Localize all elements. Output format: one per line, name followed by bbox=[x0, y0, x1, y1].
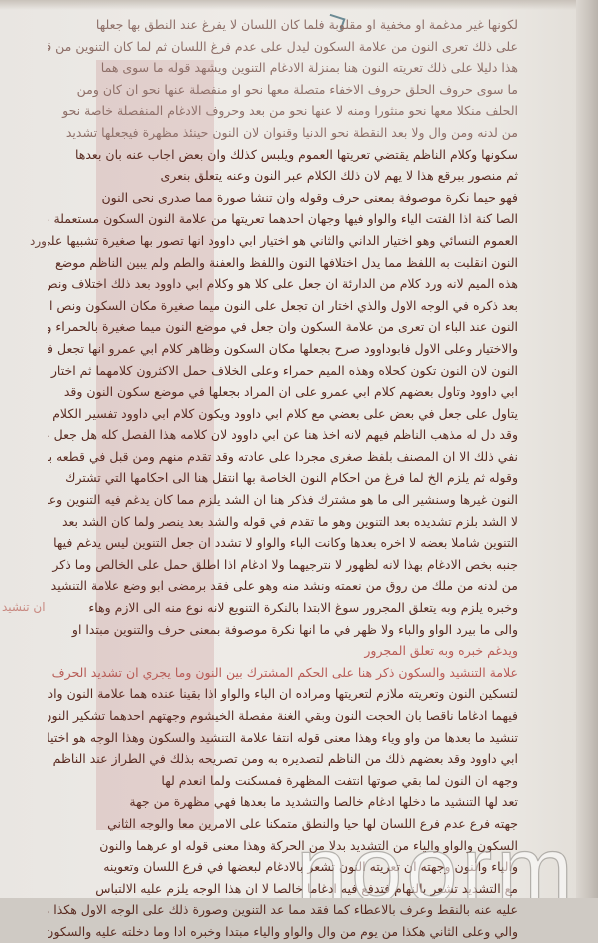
manuscript-line: النون انقلبت به اللفظ مما يدل اختلافها ا… bbox=[48, 252, 518, 274]
manuscript-line: فيهما ادغاما ناقصا بان الحجت النون وبقي … bbox=[48, 705, 518, 727]
manuscript-line: العموم النسائي وهو اختيار الداني والثاني… bbox=[48, 230, 518, 252]
manuscript-line: هذه الميم لانه ورد كلام من الدارئة ان جع… bbox=[48, 273, 518, 295]
manuscript-line: هذا دليلا على ذلك تعريته النون هنا بمنزل… bbox=[48, 57, 518, 79]
manuscript-line: وقد دل له مذهب الناظم فيهم لانه اخذ هنا … bbox=[48, 424, 518, 446]
manuscript-line: يتاول على جعل في بعض على بعضي مع كلام اب… bbox=[48, 403, 518, 425]
top-shadow bbox=[0, 0, 598, 10]
manuscript-line: ويدغم خبره وبه تعلق المجرور bbox=[48, 640, 518, 662]
manuscript-page: لكونها غير مدغمة او مخفية او مقلوبة فلما… bbox=[0, 0, 584, 898]
manuscript-line: الصا كنة اذا الفتت الياء والواو فيها وجه… bbox=[48, 208, 518, 230]
manuscript-line: من لدنه ومن وال ولا بعد النقطة نحو الدني… bbox=[48, 122, 518, 144]
watermark: noorm bbox=[296, 842, 596, 898]
manuscript-line: ثم منصور ببرقع هذا لا يهم لان ذلك الكلام… bbox=[48, 165, 518, 187]
manuscript-line: سكونها وكلام الناظم يقتضي تعريتها العموم… bbox=[48, 144, 518, 166]
manuscript-line: من لدنه من ملك من روق من نعمته ونشد منه … bbox=[48, 575, 518, 597]
manuscript-line: وخبره يلزم وبه يتعلق المجرور سوغ الابتدا… bbox=[48, 597, 518, 619]
manuscript-line: النون لان النون تكون كحلاه وهذه الميم حم… bbox=[48, 360, 518, 382]
manuscript-line: لا الشد بلزم تشديده بعد التنوين وهو ما ت… bbox=[48, 511, 518, 533]
manuscript-line: فهو حيما نكرة موصوفة بمعنى حرف وقوله وان… bbox=[48, 187, 518, 209]
manuscript-line: وقوله ثم يلزم الخ لما فرغ من احكام النون… bbox=[48, 467, 518, 489]
manuscript-line: لكونها غير مدغمة او مخفية او مقلوبة فلما… bbox=[48, 14, 518, 36]
manuscript-line: بعد ذكره في الوجه الاول والذي اختار ان ت… bbox=[48, 295, 518, 317]
margin-note-ward: ورد bbox=[30, 234, 47, 248]
manuscript-line: وجهه ان النون لما بقي صوتها انتفت المظهر… bbox=[48, 770, 518, 792]
margin-note-red: ان تنشيد bbox=[2, 600, 46, 614]
manuscript-line: ما سوى حروف الحلق حروف الاخفاء متصلة معه… bbox=[48, 79, 518, 101]
manuscript-line: علامة التنشيد والسكون ذكر هنا على الحكم … bbox=[48, 662, 518, 684]
manuscript-line: تعد لها التنشيد ما دخلها ادغام خالصا وال… bbox=[48, 791, 518, 813]
manuscript-line: والى ما بيرد الواو والباء ولا ظهر في ما … bbox=[48, 619, 518, 641]
manuscript-line: ابي داوود وتاول بعضهم كلام ابي عمرو على … bbox=[48, 381, 518, 403]
manuscript-line: الحلف منكلا معها نحو منثورا ومنه لا عنها… bbox=[48, 100, 518, 122]
manuscript-line: جهته فرع عدم فرع اللسان لها حيا والنطق م… bbox=[48, 813, 518, 835]
manuscript-line: لتسكين النون وتعريته ملازم لتعريتها ومرا… bbox=[48, 683, 518, 705]
manuscript-text-block: لكونها غير مدغمة او مخفية او مقلوبة فلما… bbox=[48, 14, 518, 898]
manuscript-line: تنشيد ما بعدها من واو وياء وهذا معنى قول… bbox=[48, 727, 518, 749]
manuscript-line: ابي داوود وقد بعضهم ذلك من الناظم لتصدير… bbox=[48, 748, 518, 770]
manuscript-line: نفي ذلك الا ان المصنف بلفظ صغرى مجردا عل… bbox=[48, 446, 518, 468]
manuscript-line: على ذلك تعرى النون من علامة السكون ليدل … bbox=[48, 36, 518, 58]
manuscript-line: النون عند الباء ان تعرى من علامة السكون … bbox=[48, 316, 518, 338]
page-edge bbox=[576, 0, 598, 898]
manuscript-line: والاختيار وعلى الاول فابوداوود صرح بجعله… bbox=[48, 338, 518, 360]
manuscript-line: التنوين شاملا بعضه لا اخره بعدها وكانت ا… bbox=[48, 532, 518, 554]
manuscript-line: جنبه بخص الادغام بهذا لانه لظهور لا نترج… bbox=[48, 554, 518, 576]
manuscript-line: النون غيرها وسنشير الى ما هو مشترك فذكر … bbox=[48, 489, 518, 511]
